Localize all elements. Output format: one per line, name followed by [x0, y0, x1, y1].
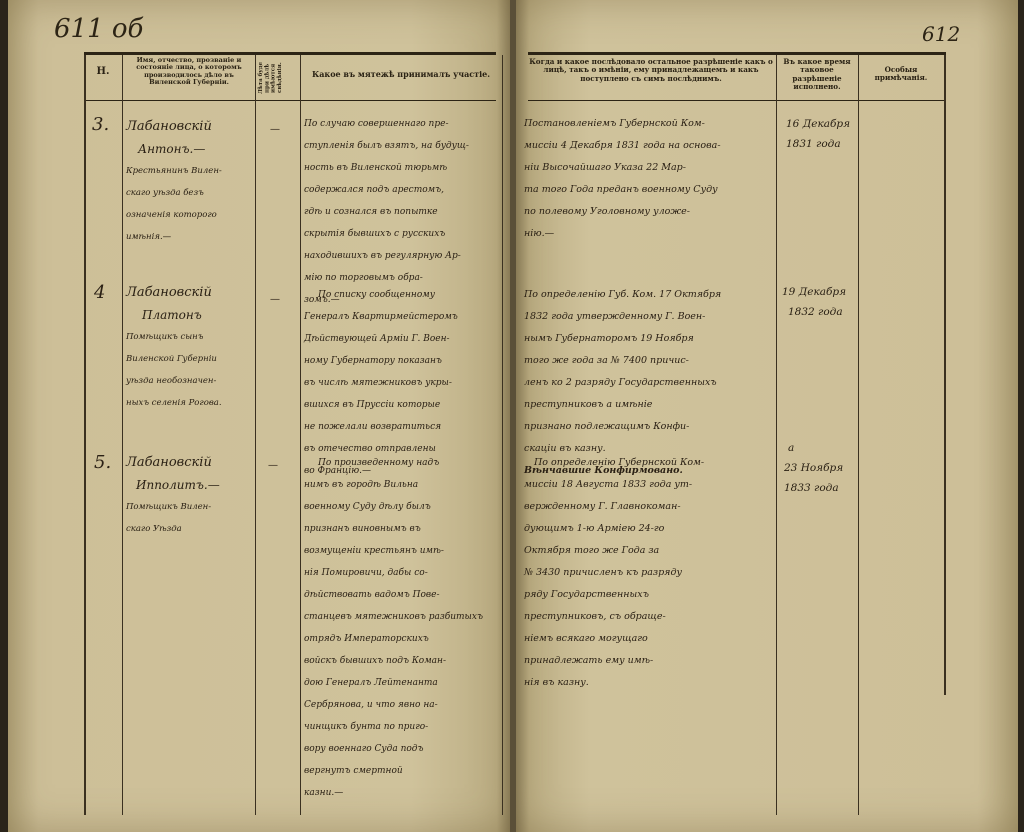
entry-executed-date: 16 Декабря 1831 года	[786, 114, 850, 154]
header-years-column: Лѣта буде при дѣлѣ имѣются свѣдѣнія.	[258, 57, 296, 99]
entry-number: 3.	[92, 114, 109, 135]
text-line: принадлежать ему имѣ-	[524, 650, 774, 672]
entry-number: 5.	[94, 452, 111, 473]
folio-number-left: 611 об	[54, 14, 143, 44]
header-notes-column: Особыя примѣчанія.	[860, 66, 942, 83]
header-resolution-column: Когда и какое послѣдовало остальное разр…	[528, 58, 774, 83]
text-line: войскъ бывшихъ подъ Коман-	[304, 650, 502, 672]
text-line: признанъ виновнымъ въ	[304, 518, 502, 540]
text-line: вору военнаго Суда подъ	[304, 738, 502, 760]
text-line: содержался подъ арестомъ,	[304, 179, 502, 201]
col-line	[300, 55, 301, 815]
entry-given-name: Платонъ	[126, 304, 254, 326]
entry-status-line: Виленской Губерніи	[126, 348, 254, 370]
text-line: нія въ казну.	[524, 672, 774, 694]
text-line: По определенію Губернской Ком-	[524, 452, 774, 474]
text-line: 16 Декабря	[786, 114, 850, 134]
entry-name-block: Лабановскій Антонъ.— Крестьянинъ Вилен- …	[126, 116, 254, 248]
header-name-column: Имя, отчество, прозваніе и состояніе лиц…	[126, 57, 252, 87]
entry-participation: По случаю совершеннаго пре- ступленія бы…	[304, 113, 502, 311]
col-line	[858, 55, 859, 815]
col-line	[122, 55, 123, 815]
header-bottom-rule-right	[528, 100, 946, 101]
header-bottom-rule-left	[84, 100, 496, 101]
text-line: ряду Государственныхъ	[524, 584, 774, 606]
text-line: 1831 года	[786, 134, 850, 154]
entry-status-line: Крестьянинъ Вилен-	[126, 160, 254, 182]
header-top-rule-right	[528, 52, 946, 55]
col-line	[776, 55, 777, 815]
text-line: признано подлежащимъ Конфи-	[524, 416, 774, 438]
entry-status-line: скаго уѣзда безъ	[126, 182, 254, 204]
text-line: въ числѣ мятежниковъ укры-	[304, 372, 502, 394]
header-top-rule-left	[84, 52, 496, 55]
col-line	[255, 55, 256, 815]
text-line: находившихъ въ регулярную Ар-	[304, 245, 502, 267]
text-line: по полевому Уголовному уложе-	[524, 201, 774, 223]
text-line: вержденному Г. Главнокоман-	[524, 496, 774, 518]
text-line: 19 Декабря	[782, 282, 846, 302]
text-line: Сербрянова, и что явно на-	[304, 694, 502, 716]
text-line: 23 Ноября	[784, 458, 843, 478]
text-line: чинщикъ бунта по приго-	[304, 716, 502, 738]
entry-status-line: имѣнія.—	[126, 226, 254, 248]
text-line: Постановленіемъ Губернской Ком-	[524, 113, 774, 135]
text-line: миссіи 4 Декабря 1831 года на основа-	[524, 135, 774, 157]
entry-resolution: Постановленіемъ Губернской Ком- миссіи 4…	[524, 113, 774, 245]
text-line: По произведенному надъ	[304, 452, 502, 474]
text-line: 1832 года	[782, 302, 846, 322]
entry-given-name: Ипполитъ.—	[126, 474, 254, 496]
entry-years: —	[268, 460, 278, 471]
text-line: а	[784, 438, 843, 458]
book-gutter	[510, 0, 516, 832]
entry-surname: Лабановскій	[126, 282, 254, 304]
entry-given-name: Антонъ.—	[126, 138, 254, 160]
entry-status-line: уѣзда необозначен-	[126, 370, 254, 392]
header-executed-column: Въ какое время таковое разрѣшеніе исполн…	[778, 58, 856, 91]
text-line: скрытія бывшихъ с русскихъ	[304, 223, 502, 245]
text-line: преступниковъ а имѣніе	[524, 394, 774, 416]
text-line: нія Помировичи, дабы со-	[304, 562, 502, 584]
col-line	[84, 55, 86, 815]
entry-status-line: Помѣщикъ Вилен-	[126, 496, 254, 518]
text-line: Генералъ Квартирмейстеромъ	[304, 306, 502, 328]
text-line: По определенію Губ. Ком. 17 Октября	[524, 284, 774, 306]
entry-number: 4	[94, 282, 105, 303]
text-line: ному Губернатору показанъ	[304, 350, 502, 372]
entry-participation: По произведенному надъ нимъ въ городѣ Ви…	[304, 452, 502, 804]
col-line	[944, 55, 946, 695]
entry-executed-date: а 23 Ноября 1833 года	[784, 438, 843, 498]
text-line: ленъ ко 2 разряду Государственныхъ	[524, 372, 774, 394]
text-line: гдѣ и сознался въ попытке	[304, 201, 502, 223]
entry-name-block: Лабановскій Платонъ Помѣщикъ сынъ Виленс…	[126, 282, 254, 414]
entry-name-block: Лабановскій Ипполитъ.— Помѣщикъ Вилен- с…	[126, 452, 254, 540]
entry-status-line: Помѣщикъ сынъ	[126, 326, 254, 348]
entry-resolution: По определенію Губернской Ком- миссіи 18…	[524, 452, 774, 694]
text-line: та того Года преданъ военному Суду	[524, 179, 774, 201]
text-line: нію.—	[524, 223, 774, 245]
text-line: вергнутъ смертной	[304, 760, 502, 782]
text-line: дою Генералъ Лейтенанта	[304, 672, 502, 694]
text-line: Октября того же Года за	[524, 540, 774, 562]
header-participation-column: Какое въ мятежѣ принималъ участіе.	[302, 70, 500, 79]
entry-years: —	[270, 124, 280, 135]
text-line: дѣйствовать вадомъ Пове-	[304, 584, 502, 606]
text-line: По случаю совершеннаго пре-	[304, 113, 502, 135]
text-line: нымъ Губернаторомъ 19 Ноября	[524, 328, 774, 350]
text-line: преступниковъ, съ обраще-	[524, 606, 774, 628]
entry-status-line: означенія которого	[126, 204, 254, 226]
text-line: миссіи 18 Августа 1833 года ут-	[524, 474, 774, 496]
text-line: дующимъ 1-ю Арміею 24-го	[524, 518, 774, 540]
text-line: казни.—	[304, 782, 502, 804]
entry-surname: Лабановскій	[126, 116, 254, 138]
text-line: 1833 года	[784, 478, 843, 498]
entry-status-line: ныхъ селенія Рогова.	[126, 392, 254, 414]
open-register-book: 611 об 612 Н. Имя, отчество, прозваніе и…	[0, 0, 1024, 832]
text-line: По списку сообщенному	[304, 284, 502, 306]
text-line: № 3430 причисленъ къ разряду	[524, 562, 774, 584]
entry-surname: Лабановскій	[126, 452, 254, 474]
text-line: Дѣйствующей Арміи Г. Воен-	[304, 328, 502, 350]
text-line: возмущеніи крестьянъ имѣ-	[304, 540, 502, 562]
text-line: того же года за № 7400 причис-	[524, 350, 774, 372]
text-line: ніи Высочайшаго Указа 22 Мар-	[524, 157, 774, 179]
text-line: военному Суду дѣлу былъ	[304, 496, 502, 518]
text-line: ступленія былъ взятъ, на будущ-	[304, 135, 502, 157]
folio-number-right: 612	[922, 22, 960, 46]
col-line	[502, 55, 503, 815]
text-line: ность въ Виленской тюрьмѣ	[304, 157, 502, 179]
entry-executed-date: 19 Декабря 1832 года	[782, 282, 846, 322]
text-line: ніемъ всякаго могущаго	[524, 628, 774, 650]
entry-years: —	[270, 294, 280, 305]
text-line: нимъ въ городѣ Вильна	[304, 474, 502, 496]
text-line: вшихся въ Пруссіи которые	[304, 394, 502, 416]
header-number: Н.	[86, 66, 120, 78]
text-line: станцевъ мятежниковъ разбитыхъ	[304, 606, 502, 628]
entry-status-line: скаго Уѣзда	[126, 518, 254, 540]
text-line: отрядъ Императорскихъ	[304, 628, 502, 650]
text-line: 1832 года утвержденному Г. Воен-	[524, 306, 774, 328]
text-line: не пожелали возвратиться	[304, 416, 502, 438]
